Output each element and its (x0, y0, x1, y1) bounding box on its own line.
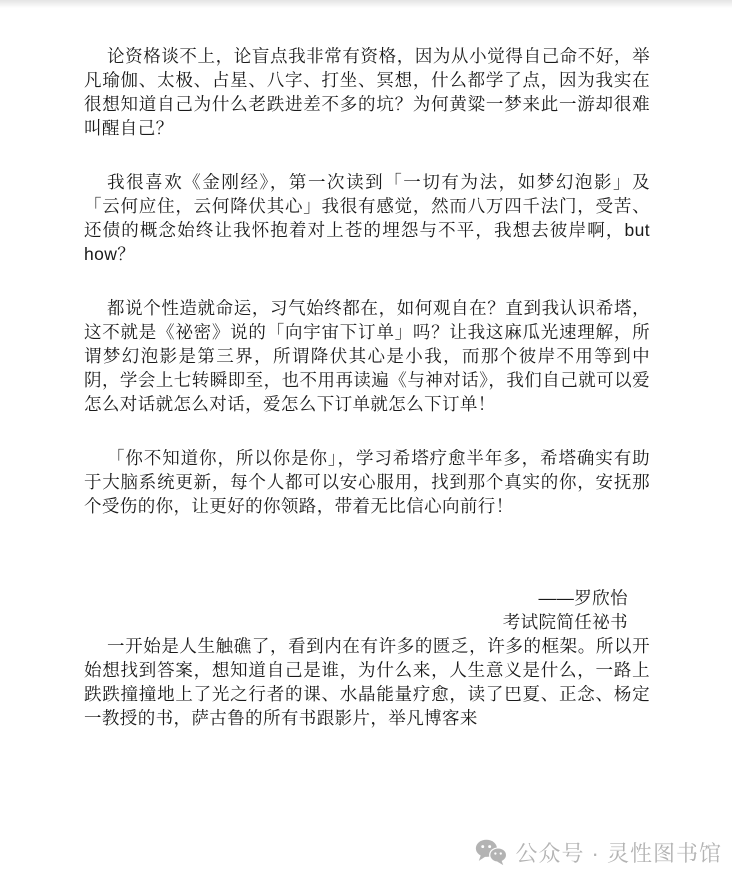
signature-block: ——罗欣怡 考试院简任祕书 (84, 586, 650, 634)
paragraph-3: 都说个性造就命运，习气始终都在，如何观自在？直到我认识希塔，这不就是《祕密》说的… (84, 296, 650, 416)
document-body: 论资格谈不上，论盲点我非常有资格，因为从小觉得自己命不好，举凡瑜伽、太极、占星、… (84, 44, 650, 730)
signature-title: 考试院简任祕书 (84, 610, 628, 634)
watermark: 公众号 · 灵性图书馆 (475, 837, 722, 868)
paragraph-5: 一开始是人生触礁了，看到内在有许多的匮乏，许多的框架。所以开始想找到答案，想知道… (84, 634, 650, 730)
paragraph-2: 我很喜欢《金刚经》，第一次读到「一切有为法，如梦幻泡影」及「云何应住，云何降伏其… (84, 170, 650, 266)
paragraph-4: 「你不知道你，所以你是你」，学习希塔疗愈半年多，希塔确实有助于大脑系统更新，每个… (84, 446, 650, 518)
wechat-icon (475, 839, 507, 866)
watermark-label: 公众号 · 灵性图书馆 (515, 837, 722, 868)
paragraph-1: 论资格谈不上，论盲点我非常有资格，因为从小觉得自己命不好，举凡瑜伽、太极、占星、… (84, 44, 650, 140)
page-top-shadow (0, 0, 732, 8)
signature-author: ——罗欣怡 (84, 586, 628, 610)
